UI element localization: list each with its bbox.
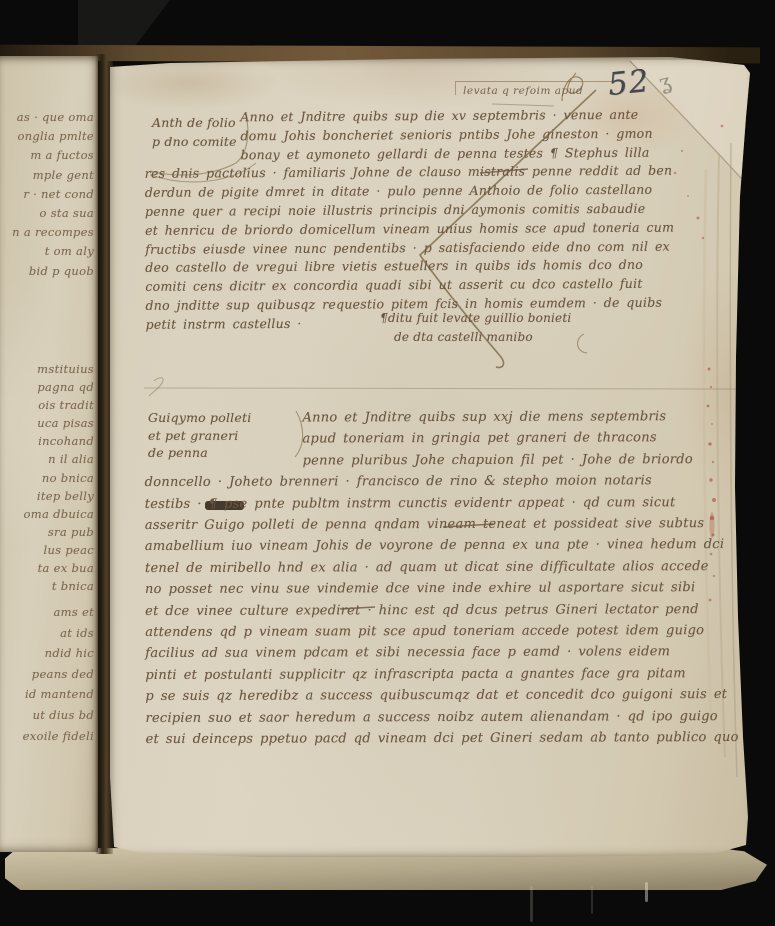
left-page-text-line: no bnica xyxy=(0,469,94,487)
left-page-text-line: ta ex bua xyxy=(0,559,94,577)
left-page-text-line: n il alia xyxy=(0,450,94,468)
entry1-delivery-note: ¶ditu fuit levate guillio bonietide dta … xyxy=(380,309,571,347)
left-page-text-line: peans ded xyxy=(0,664,94,685)
text-line: pinti et postulanti supplicitr qz infras… xyxy=(145,663,745,687)
left-page-text-line: ndid hic xyxy=(0,643,94,664)
entry1-text: Anno et Jnditre quibs sup die xv septemb… xyxy=(144,105,745,334)
left-page-text-line: ois tradit xyxy=(0,396,94,414)
left-page-text-line: itep belly xyxy=(0,487,94,505)
left-page-text-line: ut dius bd xyxy=(0,705,94,726)
left-page-text-line: uca pisas xyxy=(0,414,94,432)
left-page-text-block: ams etat idsndid hicpeans dedid mantendu… xyxy=(0,602,94,746)
post-note-line: ¶ditu fuit levate guillio bonieti xyxy=(380,309,571,328)
text-line: apud toneriam in gringia pet graneri de … xyxy=(302,427,744,450)
text-line: et dce vinee culture expediret · hinc es… xyxy=(145,599,745,623)
text-line: penne pluribus Johe chapuion fil pet · J… xyxy=(303,449,745,472)
left-page-text-line: t bnica xyxy=(0,577,94,595)
left-page-text-line: sra pub xyxy=(0,523,94,541)
text-line: facilius ad sua vinem pdcam et sibi nece… xyxy=(145,641,745,665)
left-page-text-line: m a fuctos xyxy=(0,146,94,165)
left-page-text-line: pagna qd xyxy=(0,378,94,396)
text-line: et sui deinceps ppetuo pacd qd vineam dc… xyxy=(146,727,746,751)
left-page-text-line: exoile fideli xyxy=(0,726,94,747)
text-line: recipien suo et saor heredum a success n… xyxy=(145,706,745,730)
text-line: tenel de miribello hnd ex alia · ad quam… xyxy=(145,556,745,580)
corner-doodle-mark: ʓ xyxy=(656,69,673,95)
main-page: levata q refoim apud 52 ʓ Anth de foliop… xyxy=(110,57,750,857)
left-page-text-line: t om aly xyxy=(0,242,94,261)
left-page-text-line: incohand xyxy=(0,432,94,450)
text-line: asseritr Guigo polleti de penna qndam vi… xyxy=(145,513,745,537)
left-page-text-line: id mantend xyxy=(0,684,94,705)
manuscript-photo: as · que omaonglia pmltem a fuctosmple g… xyxy=(0,0,775,926)
left-page-text-line: n a recompes xyxy=(0,223,94,242)
text-line: res dnis pactolius · familiaris Johne de… xyxy=(145,162,745,184)
left-page-text-line: r · net cond xyxy=(0,185,94,204)
binding-thread xyxy=(645,882,648,902)
left-page-text-line: onglia pmlte xyxy=(0,127,94,146)
text-line: donncello · Joheto brenneri · francisco … xyxy=(145,470,745,494)
left-page-text-block: as · que omaonglia pmltem a fuctosmple g… xyxy=(0,108,94,281)
archival-inscription: levata q refoim apud xyxy=(455,81,621,107)
left-page-text-line: oma dbuica xyxy=(0,505,94,523)
left-page-text-line: lus peac xyxy=(0,541,94,559)
post-note-line: de dta castelli manibo xyxy=(394,328,571,347)
left-page-text-line: mple gent xyxy=(0,166,94,185)
text-line: testibs · ¶ pse pnte publtm instrm cunct… xyxy=(145,492,745,516)
left-page-text-line: o sta sua xyxy=(0,204,94,223)
text-line: amabellium iuo vineam Johis de voyrone d… xyxy=(145,534,745,558)
text-line: p se suis qz heredibz a success quibuscu… xyxy=(145,684,745,708)
left-page-text-line: as · que oma xyxy=(0,108,94,127)
text-line: attendens qd p vineam suam pit sce apud … xyxy=(145,620,745,644)
text-line: no posset nec vinu sue vindemie dce vine… xyxy=(145,577,745,601)
left-page-text-line: mstituius xyxy=(0,360,94,378)
left-page-text-block: mstituiuspagna qdois tradituca pisasinco… xyxy=(0,360,94,595)
left-page-text-line: ams et xyxy=(0,602,94,623)
entry2-text: Anno et Jnditre quibs sup xxj die mens s… xyxy=(144,406,745,751)
left-page-text-line: at ids xyxy=(0,623,94,644)
binding-thread xyxy=(530,886,533,922)
left-page-text-line: bid p quob xyxy=(0,262,94,281)
folio-number: 52 xyxy=(606,63,651,103)
binding-thread xyxy=(591,886,593,914)
left-page-edge: as · que omaonglia pmltem a fuctosmple g… xyxy=(0,56,98,852)
text-line: Anno et Jnditre quibs sup xxj die mens s… xyxy=(302,406,744,429)
